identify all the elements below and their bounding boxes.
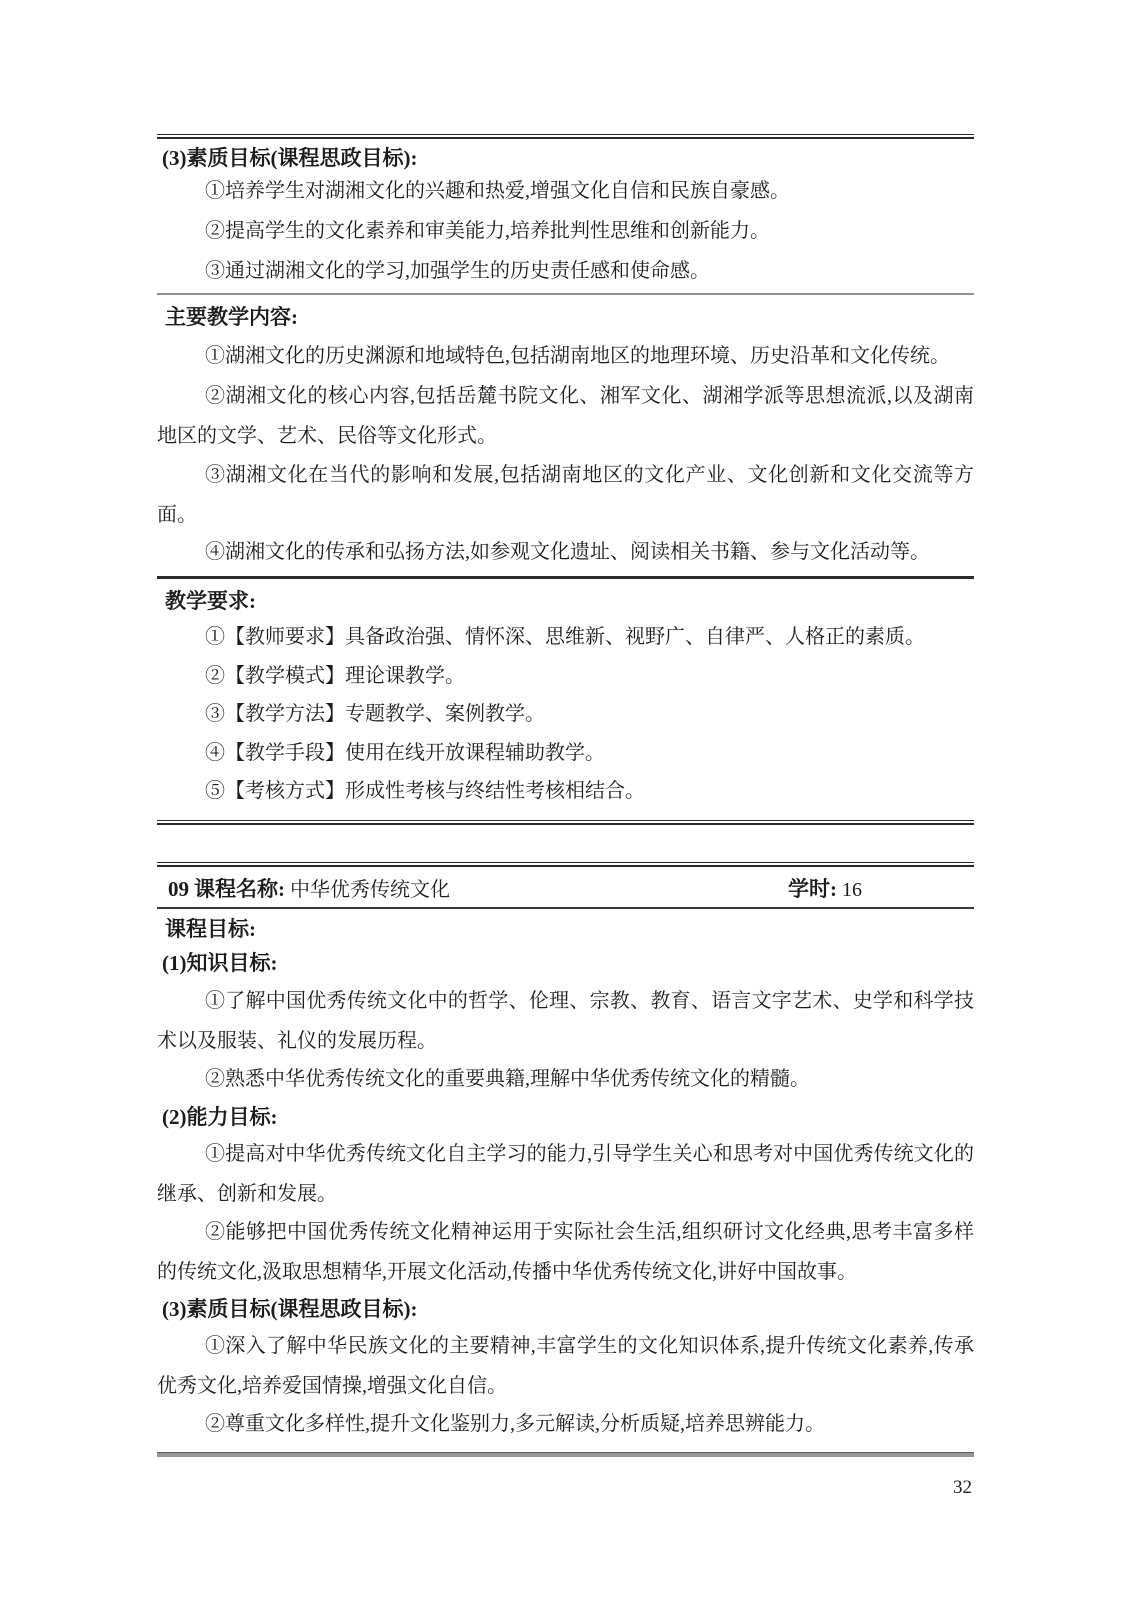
page-number: 32: [953, 1477, 972, 1499]
divider-dark: [157, 576, 974, 579]
section-heading-teaching-content: 主要教学内容:: [165, 304, 298, 331]
hours-label: 学时:: [788, 877, 837, 901]
course-hours: 学时: 16: [788, 873, 862, 903]
list-item: ②熟悉中华优秀传统文化的重要典籍,理解中华优秀传统文化的精髓。: [157, 1060, 974, 1100]
list-item: ②能够把中国优秀传统文化精神运用于实际社会生活,组织研讨文化经典,思考丰富多样的…: [157, 1213, 974, 1292]
list-item: ④湖湘文化的传承和弘扬方法,如参观文化遗址、阅读相关书籍、参与文化活动等。: [157, 533, 974, 573]
hours-value: 16: [842, 879, 862, 901]
subsection-heading-quality-goal: (3)素质目标(课程思政目标):: [162, 1296, 417, 1323]
list-item: ①深入了解中华民族文化的主要精神,丰富学生的文化知识体系,提升传统文化素养,传承…: [157, 1327, 974, 1406]
course-name: 中华优秀传统文化: [290, 879, 450, 901]
list-item: ②【教学模式】理论课教学。: [157, 657, 974, 697]
divider-gray: [157, 293, 974, 295]
subsection-heading-knowledge-goal: (1)知识目标:: [162, 950, 277, 977]
list-item: ③湖湘文化在当代的影响和发展,包括湖南地区的文化产业、文化创新和文化交流等方面。: [157, 456, 974, 535]
list-item: ①湖湘文化的历史渊源和地域特色,包括湖南地区的地理环境、历史沿革和文化传统。: [157, 337, 974, 377]
list-item: ⑤【考核方式】形成性考核与终结性考核相结合。: [157, 772, 974, 812]
list-item: ③【教学方法】专题教学、案例教学。: [157, 695, 974, 735]
divider-double-block-end: [157, 820, 974, 825]
divider-double-block-start: [157, 862, 974, 867]
section-heading-course-goals: 课程目标:: [165, 916, 256, 943]
course-name-label: 课程名称:: [194, 877, 285, 901]
section-heading-quality-goal: (3)素质目标(课程思政目标):: [162, 145, 417, 172]
list-item: ①【教师要求】具备政治强、情怀深、思维新、视野广、自律严、人格正的素质。: [157, 618, 974, 658]
document-page: (3)素质目标(课程思政目标): ①培养学生对湖湘文化的兴趣和热爱,增强文化自信…: [157, 0, 974, 1600]
subsection-heading-ability-goal: (2)能力目标:: [162, 1104, 277, 1131]
list-item: ①提高对中华优秀传统文化自主学习的能力,引导学生关心和思考对中国优秀传统文化的继…: [157, 1135, 974, 1214]
list-item: ②尊重文化多样性,提升文化鉴别力,多元解读,分析质疑,培养思辨能力。: [157, 1405, 974, 1445]
course-title: 09 课程名称: 中华优秀传统文化: [168, 873, 450, 903]
list-item: ②提高学生的文化素养和审美能力,培养批判性思维和创新能力。: [157, 212, 974, 252]
divider-thick-bottom: [157, 1452, 974, 1457]
list-item: ①培养学生对湖湘文化的兴趣和热爱,增强文化自信和民族自豪感。: [157, 172, 974, 212]
list-item: ②湖湘文化的核心内容,包括岳麓书院文化、湘军文化、湖湘学派等思想流派,以及湖南地…: [157, 377, 974, 456]
list-item: ③通过湖湘文化的学习,加强学生的历史责任感和使命感。: [157, 252, 974, 292]
course-header-row: 09 课程名称: 中华优秀传统文化 学时: 16: [157, 873, 974, 905]
list-item: ①了解中国优秀传统文化中的哲学、伦理、宗教、教育、语言文字艺术、史学和科学技术以…: [157, 982, 974, 1061]
divider-double-top: [157, 134, 974, 139]
divider-thin: [157, 907, 974, 909]
section-heading-teaching-requirements: 教学要求:: [165, 588, 256, 615]
course-code: 09: [168, 877, 189, 901]
list-item: ④【教学手段】使用在线开放课程辅助教学。: [157, 734, 974, 774]
